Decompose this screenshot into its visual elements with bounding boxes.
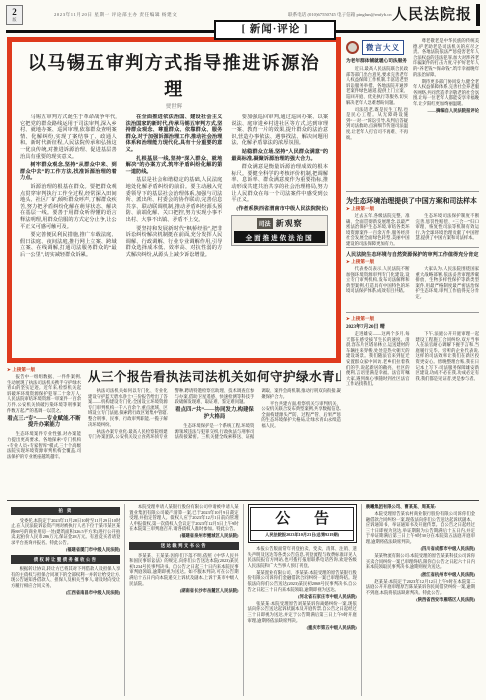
eco-affirmed-piece: 人民法院生态环境与自然资源保护的审判工作值得充分肯定 ➤ 上接第一版 代表委员表… [346,247,479,312]
article-column-3-text: 要加强巡回审判,通过巡回办案、以案说法、庭审进乡村进社区等方式,达到审理一案、教… [231,114,328,212]
paragraph: 基层是社会和谐稳定的基础,人民法庭地处化解矛盾纠纷的前沿。要主动融入党委领导下的… [126,177,223,223]
paragraph: 过去五年,各级法院完整、准确、全面贯彻新发展理念,以最严密法治保护生态环境,审结… [346,213,410,247]
elderly-text-left: 近日,最高人民法院联合民政部等部门出台意见,要求完善老年人权益保障工作机制,丰富… [346,66,408,140]
reports-left-column: ➤ 上接第一版 报告中一组组数据、一件件案例,生动展现了执法司法机关携手守护绿水… [7,366,81,496]
notice-column-4: 晨曦集团有限公司、曹某某、周某某:本院受理原告某农村商业银行股份有限公司诉你们金… [361,504,479,696]
paragraph: 某某置业有限公司、李某某:本院受理的原告某银行股份有限公司诉你们金融借款合同纠纷… [248,570,357,592]
paragraph: (重庆市第五中级人民法院) [248,625,357,631]
paragraph: 本院受理申请人某银行股份有限公司申请被申请人某置业集团有限公司破产清算一案,已于… [129,504,238,532]
paragraph: (福建省厦门市中级人民法院) [11,547,120,553]
paragraph: 群众满意是衡量诉源治理成效的根本标尺。要健全科学的考核评价机制,把调解率、息诉率… [231,164,328,204]
article-column-2: 在全面推进依法治国、建设社会主义法治国家的新时代,传承马锡五审判方式,坚持群众观… [126,114,223,366]
eco-samples-headline: 为生态环境治理提供了中国方案和司法样本 [346,195,479,205]
paragraph: 执法司法机关如何以专门化、专业化建设守护蓝天碧水净土?三份报告给出了答案——机构… [88,388,168,427]
continued-marker: ➤ 上接第一版 [346,259,479,265]
paragraph: (陕西省西安市雁塔区人民法院) [366,597,475,603]
notice-column-1: 拍 卖受委托,本院定于2023年11月28日10时至11月29日10时止,在人民… [7,504,124,696]
weiyan-logo-icon [346,41,359,54]
diary-piece: ➤ 上接第一版 2023年7月20日 晴 走进雄安——这两个多月,每天都在感受拔… [346,312,479,495]
paragraph: 要坚持和发展新时代“枫桥经验”,把非诉讼纠纷解决机制挺在前面,充分发挥人民调解、… [126,226,223,259]
paragraph: 马锡五审判方式诞生于革命战争年代,它把党的群众路线运用于司法审判,深入乡村、就地… [20,114,117,160]
paragraph: ——摘编自人民法院报评论 [413,108,479,114]
paragraph: 在全面推进依法治国、建设社会主义法治国家的新时代,传承马锡五审判方式,坚持群众观… [126,114,223,154]
paragraph: 生态环境案件专业性强,对办案能力提出更高要求。各地探索“专门机构+专业人员+专家… [7,431,81,459]
paragraph: (福建省泉州市鲤城区人民法院) [129,533,238,539]
eco-samples-text: 过去五年,各级法院完整、准确、全面贯彻新发展理念,以最严密法治保护生态环境,审结… [346,213,479,247]
xinguancha-label: 新观察 [276,218,303,229]
paragraph: (河北省石家庄市中级人民法院) [248,594,357,600]
main-headline: 以马锡五审判方式指导推进诉源治理 [20,49,328,101]
weiyan-label: 微言大义 [362,40,404,55]
paragraph: 要加强巡回审判,通过巡回办案、以案说法、庭审进乡村进社区等方式,达到审理一案、教… [231,114,328,147]
contact-info: 联系电话 (010)67550745 电子信箱 pinglun@rmfyb.cn [288,12,392,18]
reports-left-text: 报告中一组组数据、一件件案例,生动展现了执法司法机关携手守护绿水青山的坚实足迹。… [7,374,81,459]
newspaper-page: 2 版 2023年11月20日 星期一 评论部主办 责任编辑 杨建文 联系电话 … [0,0,486,700]
paragraph: 看点四:“共”——协同发力,构建保护大格局 [175,407,255,420]
arrow-icon: ➤ [346,260,350,264]
main-article-box: 以马锡五审判方式指导推进诉源治理 贾世辉 马锡五审判方式诞生于革命战争年代,它把… [7,37,341,363]
paragraph: 李某某、王某某:因你们下落不明,依照《中华人民共和国民事诉讼法》的规定,向你们公… [129,553,238,587]
diary-date: 2023年7月20日 晴 [346,323,479,330]
sifa-xinguancha-logo: 司法 新观察 [234,218,325,229]
diary-text: 走进雄安——这两个多月,每天都在感受拔节生长的速度。清晨,容东片区塔吊林立,运送… [346,331,479,491]
paragraph: 大家认为,人民法院围绕国家重大战略部署,依法妥善审理涉碳排放、生物多样性保护等新… [416,266,480,300]
paragraph: 送达裁判文书公告 [129,542,238,551]
edition-number: 2 [12,8,17,17]
paragraph: 本院受理原告某农村商业银行股份有限公司诉你们金融借款合同纠纷一案,现依法向你们公… [366,511,475,545]
paragraph: 张某某:本院受理原告刘某某诉你离婚纠纷一案,现依法向你公告送达起诉状副本及开庭传… [248,601,357,623]
notice-column-3-text: 本报公告版面常年刊登拍卖、变卖、清算、注销、遗失声明及送达等各类公告信息,刊登流… [248,546,357,630]
paragraph: 下午,法庭公开开庭审理一起建设工程施工合同纠纷,双方当事人在法官耐心调解下握手言… [416,331,480,381]
paragraph: 扎根基层一线,坚持“深入群众、就地解决”的办案方式,筑牢矛盾纠纷化解的第一道防线… [126,156,223,176]
notice-section: 拍 卖受委托,本院定于2023年11月28日10时至11月29日10时止,在人民… [7,500,479,696]
paragraph: 报告中一组组数据、一件件案例,生动展现了执法司法机关携手守护绿水青山的坚实足迹。… [7,374,81,413]
paragraph: 生态环境司法保护制度不断完善,惩罚性赔偿、“三合一”归口审理、恢复性司法等机制有… [416,213,480,241]
paragraph: 诉源治理的根基在群众。要把群众观点贯穿审判执行工作全过程,经常深入田间地头、社区… [20,184,117,230]
paragraph: (浙江省杭州市中级人民法院) [366,572,475,578]
reports-body: 执法司法机关如何以专门化、专业化建设守护蓝天碧水净土?三份报告给出了答案——机构… [88,388,341,494]
elderly-headline: 为老年群体铺就暖心司法服务 [346,58,408,64]
continued-label: 上接第一版 [351,206,374,212]
paragraph: 本报公告版面常年刊登拍卖、变卖、清算、注销、遗失声明及送达等各类公告信息,刊登流… [248,546,357,568]
paragraph: (作者系陕西省渭南市中级人民法院院长) [231,206,328,213]
continued-marker: ➤ 上接第一版 [346,316,479,322]
paragraph: 树牢群众观念,坚持“从群众中来、到群众中去”的工作方法,找准诉源治理的着力点。 [20,162,117,182]
sifa-xinguancha-box: 司法 新观察 全面推进依法治国 [231,215,328,246]
gonggao-box-inner: 公 告 人民法院报2023年10月23日(总第9219期) [250,507,354,541]
weiyan-left-column: 微言大义 为老年群体铺就暖心司法服务 近日,最高人民法院联合民政部等部门出台意见… [346,38,408,142]
masthead: 人民法院报 [392,4,480,26]
continued-marker: ➤ 上接第一版 [7,367,81,373]
gonggao-box: 公 告 人民法院报2023年10月23日(总第9219期) [248,504,357,543]
continued-label: 上接第一版 [12,367,35,373]
byline: 贾世辉 [20,102,328,110]
paragraph: 期待更多部门协同发力,健全老年人权益保障体系,完善社会养老服务网络,共同营造孝亲… [413,79,479,107]
paragraph: 平台共建方面,检察机关与审判机关、公安机关联合发布典型案例,共享数据信息,全面构… [261,401,341,429]
article-column-3: 要加强巡回审判,通过巡回办案、以案说法、庭审进乡村进社区等方式,达到审理一案、教… [231,114,328,366]
sifa-logo-icon: 司法 [257,218,273,229]
paragraph: 看点三:“专”——专业赋能,不断提升办案能力 [7,416,81,429]
eco-affirmed-text: 代表委员表示,人民法院不断加强环境资源审判专门化建设,设立专门审判机构,发布司法… [346,266,479,310]
notice-column-3: 公 告 人民法院报2023年10月23日(总第9219期) 本报公告版面常年刊登… [243,504,361,696]
paragraph: 站稳群众立场,坚持“人民群众满意”的最高标准,凝聚诉源治理的强大合力。 [231,149,328,162]
reports-main: 从三个报告看执法司法机关如何守护绿水青山 执法司法机关如何以专门化、专业化建设守… [88,366,341,496]
promo-banner: 全面推进依法治国 [234,231,325,243]
paragraph: 近日,最高人民法院联合民政部等部门出台意见,要求完善老年人权益保障工作机制,丰富… [346,66,408,105]
paragraph: 赵某某:本院定于2023年12月12日上午9时在本院第二法庭公开开庭审理原告陈某… [366,579,475,596]
weiyan-logo-row: 微言大义 [346,38,408,56]
gonggao-issue: 人民法院报2023年10月23日(总第9219期) [251,530,353,540]
edition-badge: 2 版 [6,5,23,25]
paragraph: 走进雄安——这两个多月,每天都在感受拔节生长的速度。清晨,容东片区塔吊林立,运送… [346,331,410,387]
weiyan-dayi-piece: 微言大义 为老年群体铺就暖心司法服务 近日,最高人民法院联合民政部等部门出台意见… [346,38,479,189]
eco-affirmed-headline: 人民法院生态环境与自然资源保护的审判工作值得充分肯定 [346,251,479,258]
continued-marker: ➤ 上接第一版 [346,206,479,212]
paragraph: 拍 卖 [11,507,120,516]
paragraph: (四川省成都市中级人民法院) [366,546,475,552]
arrow-icon: ➤ [7,368,11,372]
arrow-icon: ➤ [346,207,350,211]
continued-label: 上接第一版 [351,259,374,265]
gonggao-title: 公 告 [251,510,353,528]
edition-label: 版 [13,17,17,22]
article-column-1: 马锡五审判方式诞生于革命战争年代,它把党的群众路线运用于司法审判,深入乡村、就地… [20,114,117,366]
continued-label: 上接第一版 [351,316,374,322]
paragraph: 要完善便民利民措施,推广车载法庭、假日法庭、夜间法庭,推行网上立案、跨域立案、在… [20,232,117,258]
paragraph: 债权转让暨债务催收公告 [11,555,120,564]
section-label: [ 新闻·评论 ] [214,20,336,40]
reports-headline: 从三个报告看执法司法机关如何守护绿水青山 [88,367,341,385]
eco-samples-piece: 为生态环境治理提供了中国方案和司法样本 ➤ 上接第一版 过去五年,各级法院完整、… [346,191,479,247]
main-article-body: 马锡五审判方式诞生于革命战争年代,它把党的群众路线运用于司法审判,深入乡村、就地… [20,114,328,366]
paragraph: 司法适老,既是民生工程,也是民心工程。从无障碍设施到“一对一”诉讼引导,从判后答… [346,107,408,141]
arrow-icon: ➤ [346,317,350,321]
paragraph: (江西省南昌市中级人民法院) [11,590,120,596]
dateline: 2023年11月20日 星期一 评论部主办 责任编辑 杨建文 [54,12,178,18]
reports-article: ➤ 上接第一版 报告中一组组数据、一件件案例,生动展现了执法司法机关携手守护绿水… [7,366,341,496]
paragraph: 某某物流有限公司:本院受理的原告某某科技公司诉你买卖合同纠纷一案已审理终结,限你… [366,553,475,570]
notice-column-2: 本院受理申请人某银行股份有限公司申请被申请人某置业集团有限公司破产清算一案,已于… [124,504,242,696]
elderly-text-right: 尊老敬老是中华民族的传统美德,护老助老是司法机关的应尽之责。各地法院依法严惩侵害… [413,38,479,142]
paragraph: 晨曦集团有限公司、曹某某、周某某: [366,504,475,510]
paragraph: (湖南省长沙市岳麓区人民法院) [129,588,238,594]
paragraph: 受委托,本院定于2023年11月28日10时至11月29日10时止,在人民法院诉… [11,518,120,546]
paragraph: 根据转让协议,转让方已将其对下列借款人及担保人享有的主债权与担保合同项下的全部权… [11,566,120,588]
paragraph: 代表委员表示,人民法院不断加强环境资源审判专门化建设,设立专门审判机构,发布司法… [346,266,410,294]
paragraph: 尊老敬老是中华民族的传统美德,护老助老是司法机关的应尽之责。各地法院依法严惩侵害… [413,38,479,77]
